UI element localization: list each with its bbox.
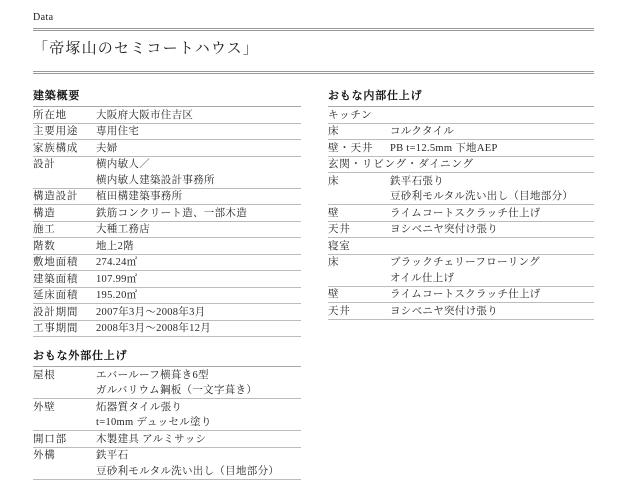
page-eyebrow-label: Data (33, 10, 594, 24)
right-column: おもな内部仕上げキッチン床コルクタイル壁・天井PB t=12.5mm 下地AEP… (328, 90, 594, 480)
row-value: ライムコートスクラッチ仕上げ (390, 208, 594, 219)
row-label: 主要用途 (33, 126, 96, 137)
row-value: 2008年3月～2008年12月 (96, 323, 301, 334)
row-value: 横内敏人建築設計事務所 (96, 175, 301, 186)
row-value: 横内敏人／ (96, 159, 301, 170)
row-label: 敷地面積 (33, 257, 96, 268)
row-label: 工事期間 (33, 323, 96, 334)
table-row: 天井ヨシベニヤ突付け張り (328, 303, 594, 320)
table-row: ガルバリウム鋼板（一文字葺き） (33, 383, 301, 400)
table-row: オイル仕上げ (328, 270, 594, 287)
table-section: 建築概要所在地大阪府大阪市住吉区主要用途専用住宅家族構成夫婦設計横内敏人／横内敏… (33, 90, 301, 337)
section-header: おもな内部仕上げ (328, 90, 594, 107)
table-row: 外壁炻器質タイル張り (33, 399, 301, 415)
row-value: 195.20㎡ (96, 290, 301, 301)
row-label: 所在地 (33, 110, 96, 121)
row-value: 木製建具 アルミサッシ (96, 434, 301, 445)
row-value: 大種工務店 (96, 224, 301, 235)
row-label (328, 191, 390, 202)
row-value: 炻器質タイル張り (96, 402, 301, 413)
table-row: 工事期間2008年3月～2008年12月 (33, 321, 301, 338)
table-row: 屋根エバールーフ横葺き6型 (33, 367, 301, 383)
table-row: 家族構成夫婦 (33, 140, 301, 157)
row-value: 植田構建築事務所 (96, 191, 301, 202)
row-subheader-label: 寝室 (328, 241, 594, 252)
row-label: 設計期間 (33, 307, 96, 318)
table-section: おもな内部仕上げキッチン床コルクタイル壁・天井PB t=12.5mm 下地AEP… (328, 90, 594, 320)
row-value: オイル仕上げ (390, 273, 594, 284)
table-row: 天井ヨシベニヤ突付け張り (328, 222, 594, 239)
row-value: PB t=12.5mm 下地AEP (390, 143, 594, 154)
table-subheader-row: キッチン (328, 107, 594, 124)
section-header: おもな外部仕上げ (33, 350, 301, 367)
table-row: 横内敏人建築設計事務所 (33, 172, 301, 189)
row-value: 豆砂利モルタル洗い出し（目地部分） (390, 191, 594, 202)
row-label (328, 273, 390, 284)
row-value: 2007年3月～2008年3月 (96, 307, 301, 318)
row-label: 構造設計 (33, 191, 96, 202)
row-label (33, 466, 96, 477)
row-label: 開口部 (33, 434, 96, 445)
row-label: 延床面積 (33, 290, 96, 301)
row-value: 夫婦 (96, 143, 301, 154)
row-value: 地上2階 (96, 241, 301, 252)
table-row: 外構鉄平石 (33, 448, 301, 464)
table-row: 床コルクタイル (328, 124, 594, 141)
row-label: 天井 (328, 224, 390, 235)
row-value: 鉄平石張り (390, 176, 594, 187)
table-row: 建築面積107.99㎡ (33, 271, 301, 288)
row-label (33, 385, 96, 396)
spec-columns: 建築概要所在地大阪府大阪市住吉区主要用途専用住宅家族構成夫婦設計横内敏人／横内敏… (33, 90, 594, 480)
row-label: 外壁 (33, 402, 96, 413)
row-value: エバールーフ横葺き6型 (96, 370, 301, 381)
row-value: t=10mm デュッセル塗り (96, 417, 301, 428)
row-label: 壁 (328, 208, 390, 219)
row-label: 施工 (33, 224, 96, 235)
left-column: 建築概要所在地大阪府大阪市住吉区主要用途専用住宅家族構成夫婦設計横内敏人／横内敏… (33, 90, 301, 480)
row-value: 豆砂利モルタル洗い出し（目地部分） (96, 466, 301, 477)
row-value: ヨシベニヤ突付け張り (390, 224, 594, 235)
title-divider (33, 71, 594, 74)
table-row: 主要用途専用住宅 (33, 124, 301, 141)
table-row: 延床面積195.20㎡ (33, 288, 301, 305)
table-row: 施工大種工務店 (33, 222, 301, 239)
row-subheader-label: キッチン (328, 110, 594, 121)
row-label: 家族構成 (33, 143, 96, 154)
row-value: 鉄筋コンクリート造、一部木造 (96, 208, 301, 219)
table-row: 豆砂利モルタル洗い出し（目地部分） (328, 189, 594, 206)
row-label: 壁・天井 (328, 143, 390, 154)
row-value: 274.24㎡ (96, 257, 301, 268)
row-label: 外構 (33, 450, 96, 461)
row-value: ライムコートスクラッチ仕上げ (390, 289, 594, 300)
row-label (33, 417, 96, 428)
row-value: ヨシベニヤ突付け張り (390, 306, 594, 317)
table-row: 構造鉄筋コンクリート造、一部木造 (33, 205, 301, 222)
row-label: 床 (328, 257, 390, 268)
table-row: 設計横内敏人／ (33, 157, 301, 173)
data-sheet-page: Data 「帝塚山のセミコートハウス」 建築概要所在地大阪府大阪市住吉区主要用途… (0, 0, 627, 501)
row-label: 床 (328, 126, 390, 137)
table-row: 敷地面積274.24㎡ (33, 255, 301, 272)
table-row: 床鉄平石張り (328, 173, 594, 189)
table-row: 設計期間2007年3月～2008年3月 (33, 304, 301, 321)
table-subheader-row: 玄関・リビング・ダイニング (328, 157, 594, 174)
table-row: 所在地大阪府大阪市住吉区 (33, 107, 301, 124)
table-row: 壁ライムコートスクラッチ仕上げ (328, 287, 594, 304)
row-value: コルクタイル (390, 126, 594, 137)
table-row: 豆砂利モルタル洗い出し（目地部分） (33, 463, 301, 480)
row-value: ガルバリウム鋼板（一文字葺き） (96, 385, 301, 396)
row-label (33, 175, 96, 186)
row-label: 屋根 (33, 370, 96, 381)
table-row: 構造設計植田構建築事務所 (33, 189, 301, 206)
row-value: 鉄平石 (96, 450, 301, 461)
row-value: 専用住宅 (96, 126, 301, 137)
table-row: t=10mm デュッセル塗り (33, 415, 301, 432)
row-label: 建築面積 (33, 274, 96, 285)
table-row: 壁・天井PB t=12.5mm 下地AEP (328, 140, 594, 157)
row-label: 床 (328, 176, 390, 187)
row-value: 大阪府大阪市住吉区 (96, 110, 301, 121)
page-title: 「帝塚山のセミコートハウス」 (33, 31, 594, 67)
table-row: 階数地上2階 (33, 238, 301, 255)
table-subheader-row: 寝室 (328, 238, 594, 255)
row-label: 構造 (33, 208, 96, 219)
row-subheader-label: 玄関・リビング・ダイニング (328, 159, 594, 170)
table-row: 床ブラックチェリーフローリング (328, 255, 594, 271)
row-label: 階数 (33, 241, 96, 252)
table-row: 開口部木製建具 アルミサッシ (33, 431, 301, 448)
row-value: ブラックチェリーフローリング (390, 257, 594, 268)
section-header: 建築概要 (33, 90, 301, 107)
row-label: 設計 (33, 159, 96, 170)
row-label: 天井 (328, 306, 390, 317)
row-value: 107.99㎡ (96, 274, 301, 285)
row-label: 壁 (328, 289, 390, 300)
table-row: 壁ライムコートスクラッチ仕上げ (328, 205, 594, 222)
table-section: おもな外部仕上げ屋根エバールーフ横葺き6型ガルバリウム鋼板（一文字葺き）外壁炻器… (33, 350, 301, 480)
